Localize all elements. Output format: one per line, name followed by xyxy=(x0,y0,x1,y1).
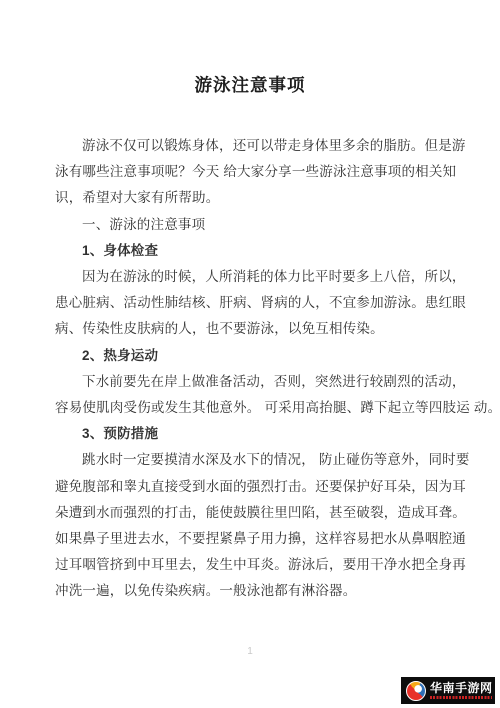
text-line: 病、传染性皮肤病的人，也不要游泳，以免互相传染。 xyxy=(55,316,465,342)
page-number: 1 xyxy=(0,646,500,657)
text-line: 冲洗一遍，以免传染疾病。一般泳池都有淋浴器。 xyxy=(55,578,465,604)
document-page: 游泳注意事项 游泳不仅可以锻炼身体，还可以带走身体里多余的脂肪。但是游泳有哪些注… xyxy=(0,0,500,708)
text-line: 容易使肌肉受伤或发生其他意外。 可采用高抬腿、蹲下起立等四肢运 动。 xyxy=(55,395,465,421)
text-line: 1、身体检查 xyxy=(55,238,465,264)
text-line: 3、预防措施 xyxy=(55,421,465,447)
text-line: 患心脏病、活动性肺结核、肝病、肾病的人，不宜参加游泳。患红眼 xyxy=(55,290,465,316)
site-logo-tagline-bar xyxy=(430,696,492,699)
text-line: 避免腹部和睾丸直接受到水面的强烈打击。还要保护好耳朵，因为耳 xyxy=(55,474,465,500)
document-body: 游泳不仅可以锻炼身体，还可以带走身体里多余的脂肪。但是游泳有哪些注意事项呢？今天… xyxy=(55,133,465,605)
document-title: 游泳注意事项 xyxy=(0,72,500,97)
text-line: 跳水时一定要摸清水深及水下的情况， 防止碰伤等意外，同时要 xyxy=(55,447,465,473)
site-logo-text-block: 华南手游网 xyxy=(430,682,493,700)
text-line: 下水前要先在岸上做准备活动，否则，突然进行较剧烈的活动， xyxy=(55,369,465,395)
text-line: 因为在游泳的时候，人所消耗的体力比平时要多上八倍，所以， xyxy=(55,264,465,290)
text-line: 过耳咽管挤到中耳里去，发生中耳炎。游泳后，要用干净水把全身再 xyxy=(55,552,465,578)
site-logo-name: 华南手游网 xyxy=(430,682,493,694)
text-line: 如果鼻子里进去水，不要捏紧鼻子用力擤，这样容易把水从鼻咽腔通 xyxy=(55,526,465,552)
site-logo-icon xyxy=(406,681,426,701)
text-line: 2、热身运动 xyxy=(55,343,465,369)
text-line: 朵遭到水而强烈的打击，能使鼓膜往里凹陷，甚至破裂，造成耳聋。 xyxy=(55,500,465,526)
site-watermark: 华南手游网 xyxy=(401,677,495,704)
text-line: 一、游泳的注意事项 xyxy=(55,212,465,238)
text-line: 游泳不仅可以锻炼身体，还可以带走身体里多余的脂肪。但是游 xyxy=(55,133,465,159)
text-line: 识，希望对大家有所帮助。 xyxy=(55,185,465,211)
text-line: 泳有哪些注意事项呢？今天 给大家分享一些游泳注意事项的相关知 xyxy=(55,159,465,185)
